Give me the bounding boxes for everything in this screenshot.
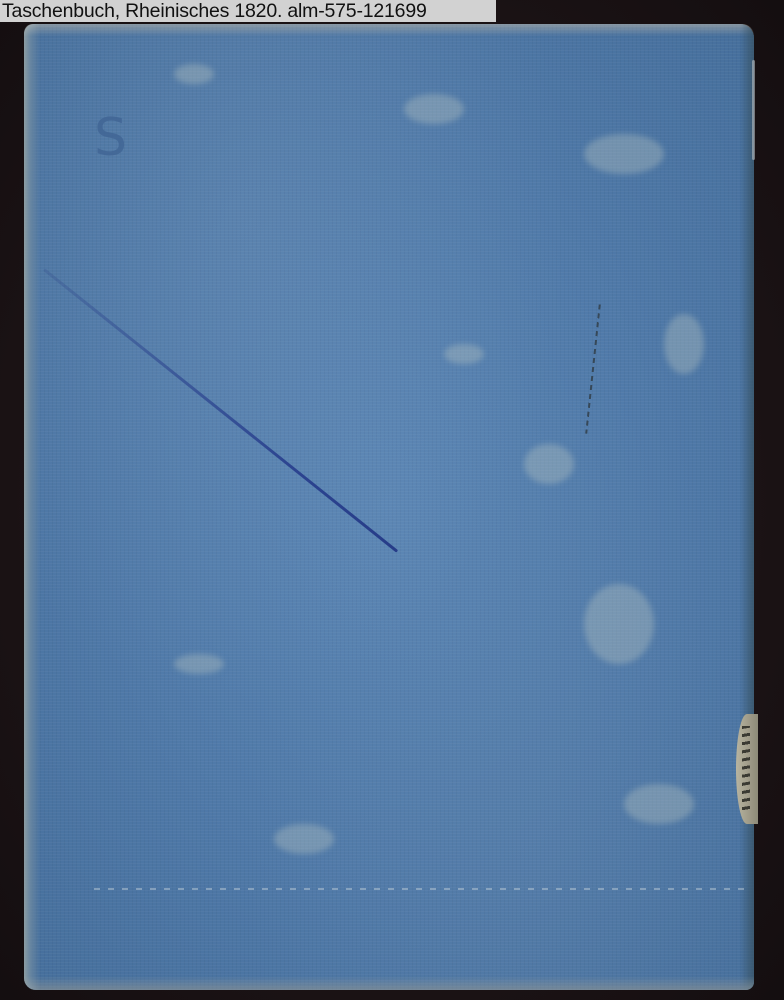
wear-spot xyxy=(274,824,334,854)
wear-spot xyxy=(404,94,464,124)
wear-spot xyxy=(174,64,214,84)
wear-spot xyxy=(174,654,224,674)
wear-spot xyxy=(584,584,654,664)
embossed-letter-s: S xyxy=(94,112,127,164)
wear-spot xyxy=(584,134,664,174)
image-caption: Taschenbuch, Rheinisches 1820. alm-575-1… xyxy=(0,0,496,22)
wear-spot xyxy=(624,784,694,824)
worn-right-edge xyxy=(740,24,754,990)
page-edge-strip xyxy=(752,60,755,160)
dotted-wear-line xyxy=(94,888,744,890)
worn-top-edge xyxy=(24,24,754,36)
wear-spot xyxy=(524,444,574,484)
worn-left-edge xyxy=(24,24,40,990)
wear-spot xyxy=(444,344,484,364)
book-cover: S xyxy=(24,24,754,990)
worn-bottom-edge xyxy=(24,976,754,990)
wear-spot xyxy=(664,314,704,374)
torn-spine-patch xyxy=(736,714,758,824)
